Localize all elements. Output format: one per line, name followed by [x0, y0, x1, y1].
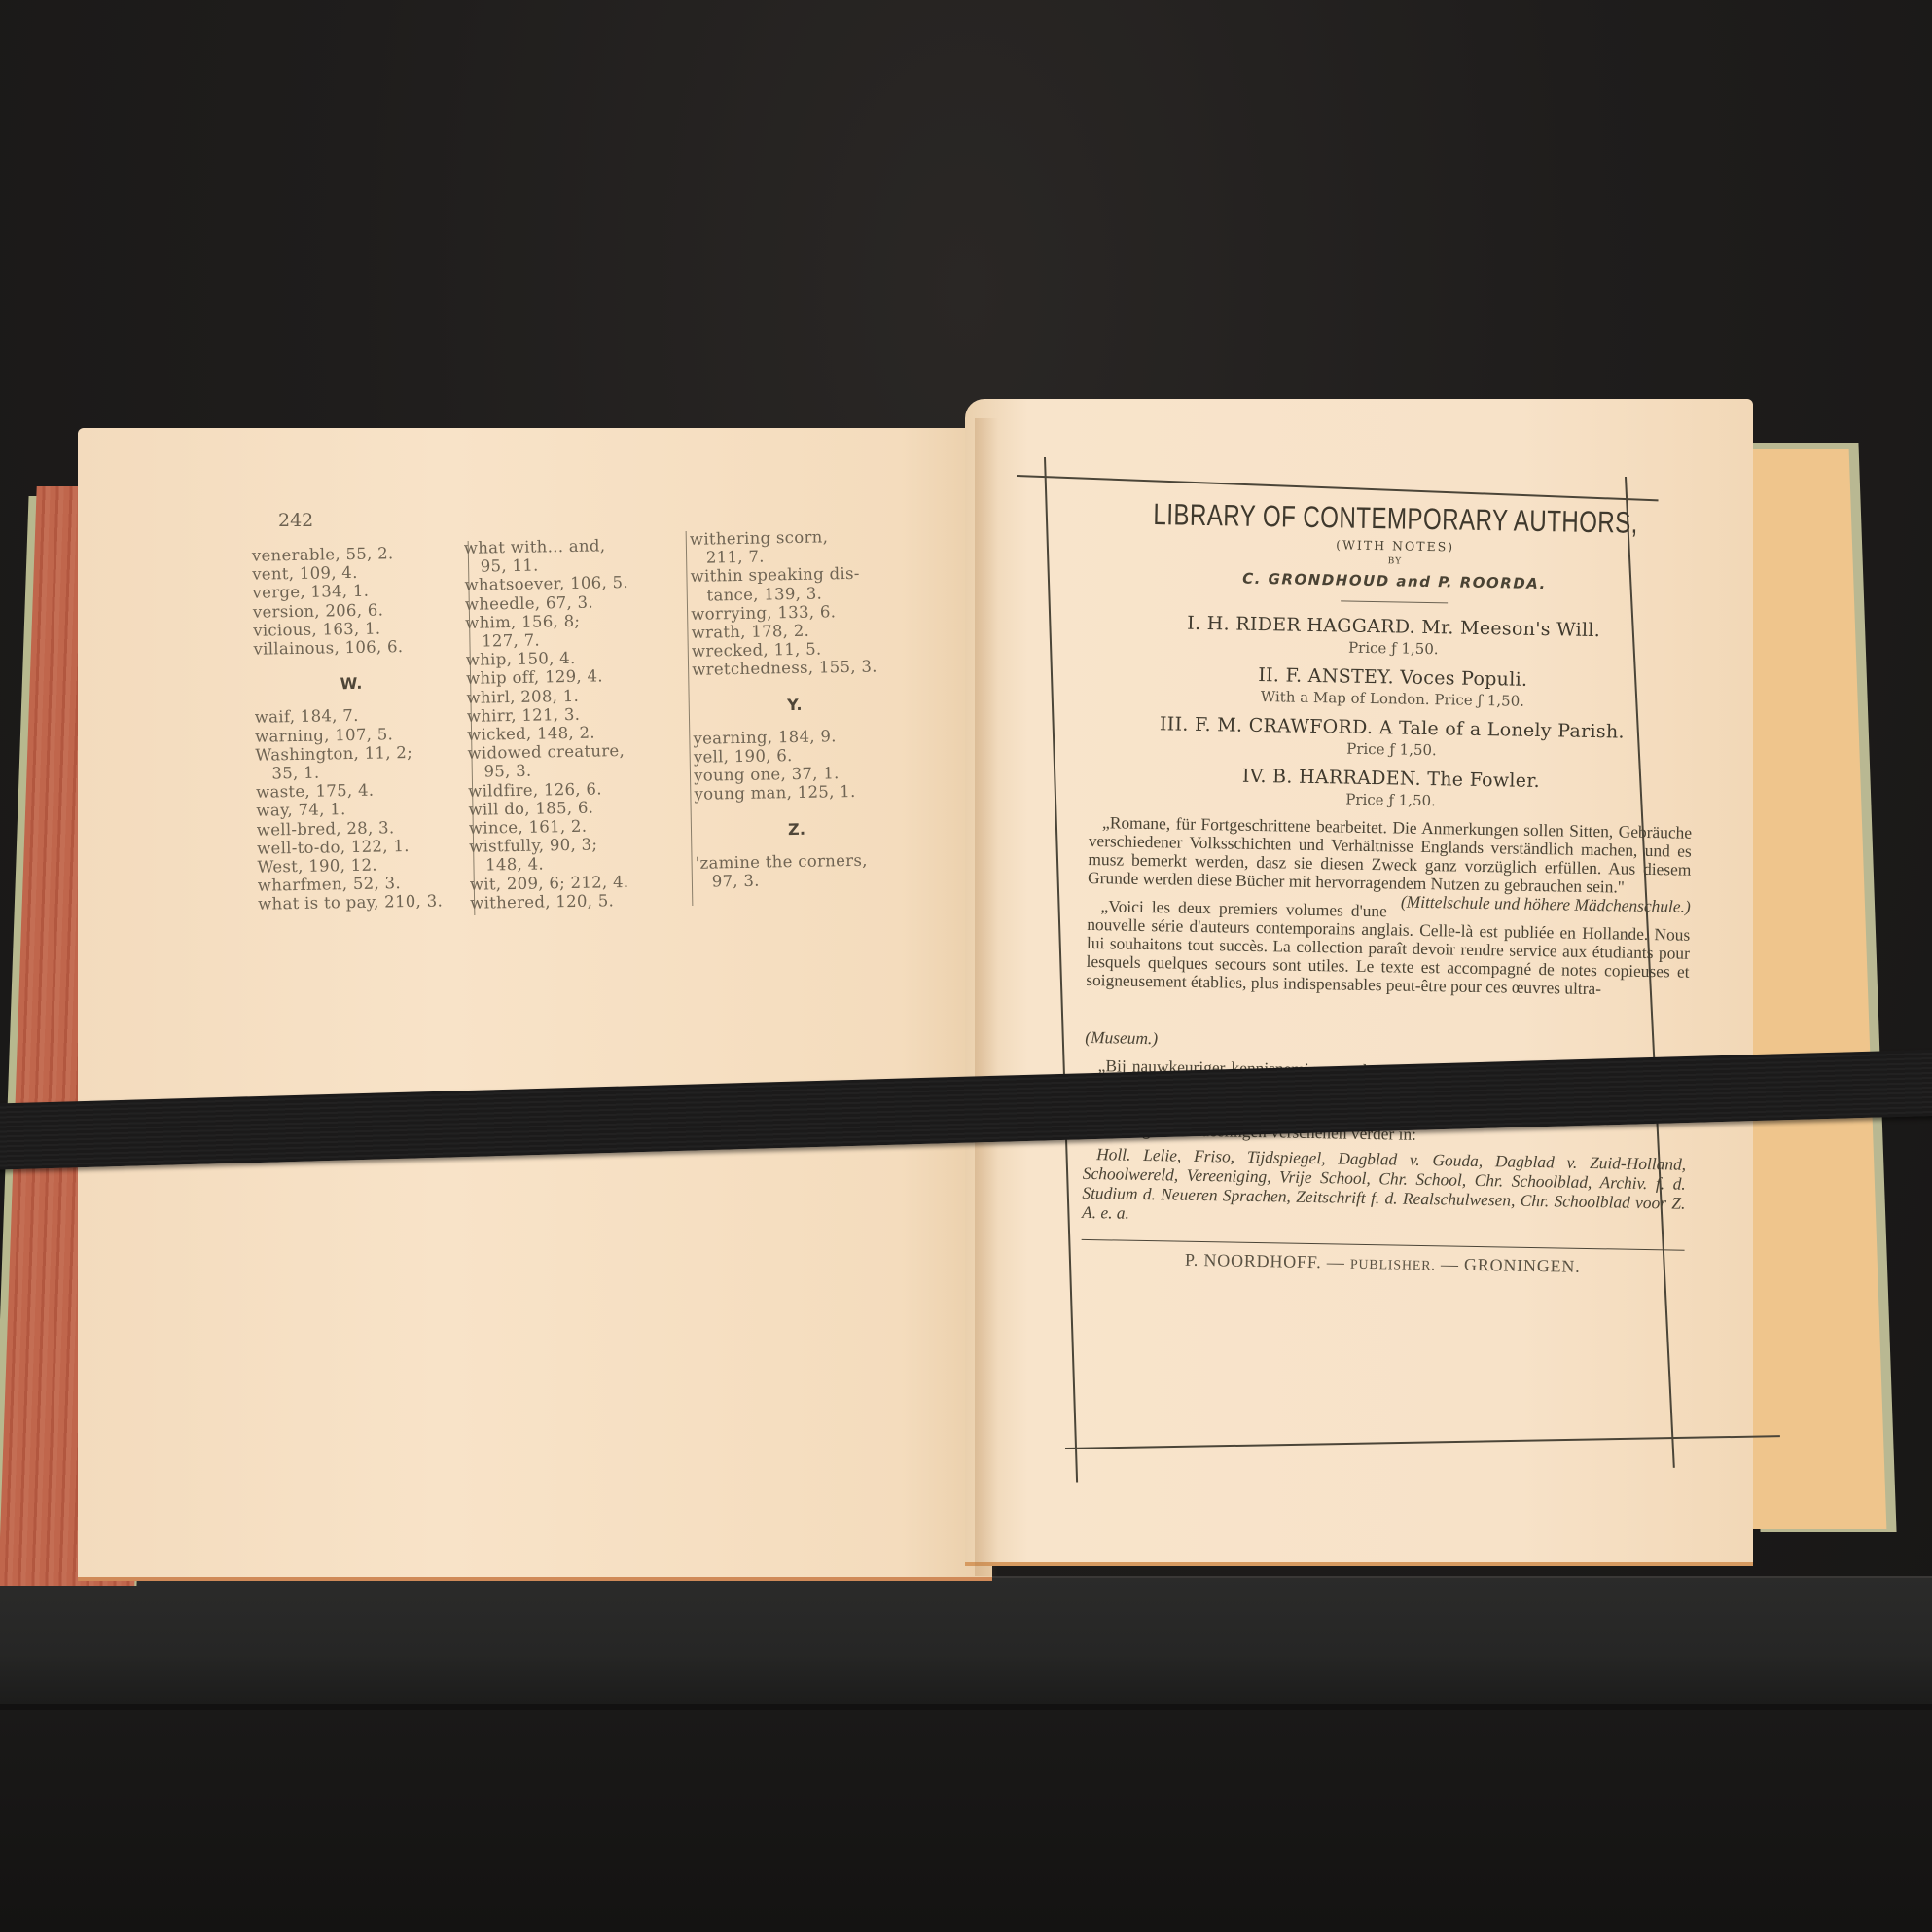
table-surface [0, 1710, 1932, 1932]
review-text: „Romane, für Fortgeschrittene bearbeitet… [1088, 812, 1692, 896]
volume-entry: II. F. ANSTEY. Voces Populi. With a Map … [1091, 662, 1695, 713]
page-number: 242 [278, 510, 313, 531]
separator: — [1321, 1252, 1350, 1272]
book-gutter-shadow [975, 418, 998, 1576]
publisher-city: GRONINGEN. [1464, 1255, 1581, 1276]
section-heading-z: Z. [695, 818, 899, 841]
volume-entry: I. H. RIDER HAGGARD. Mr. Meeson's Will. … [1091, 611, 1696, 662]
title-divider [1341, 600, 1448, 603]
book-back-cover-board [0, 1576, 1932, 1704]
index-entry: withered, 120, 5. [470, 890, 674, 912]
review-german: „Romane, für Fortgeschrittene bearbeitet… [1088, 813, 1692, 898]
separator: — [1435, 1254, 1464, 1274]
section-heading-w: W. [254, 672, 448, 695]
journal-list: Holl. Lelie, Friso, Tijdspiegel, Dagblad… [1082, 1144, 1686, 1233]
index-entry: young man, 125, 1. [694, 782, 898, 805]
section-heading-y: Y. [693, 694, 897, 716]
index-column-3: withering scorn, 211, 7. within speaking… [690, 526, 900, 891]
review-source: (Museum.) [1085, 1028, 1688, 1057]
publisher-role: PUBLISHER. [1350, 1258, 1436, 1274]
index-column-1: venerable, 55, 2. vent, 109, 4. verge, 1… [252, 543, 453, 913]
publisher-name: P. NOORDHOFF. [1185, 1250, 1322, 1271]
index-entry: what is to pay, 210, 3. [258, 892, 452, 914]
volume-entry: III. F. M. CRAWFORD. A Tale of a Lonely … [1090, 712, 1694, 764]
volume-entry: IV. B. HARRADEN. The Fowler. Price ƒ 1,5… [1089, 763, 1693, 814]
index-entry: wretchedness, 155, 3. [692, 658, 896, 680]
advertisement-block: LIBRARY OF CONTEMPORARY AUTHORS, (WITH N… [1081, 496, 1698, 1279]
editors: C. GRONDHOUD and P. ROORDA. [1092, 567, 1696, 595]
index-entry: villainous, 106, 6. [253, 636, 447, 659]
review-french: „Voici les deux premiers volumes d'une n… [1085, 897, 1691, 1057]
index-column-2: what with... and, 95, 11. whatsoever, 10… [464, 535, 675, 912]
index-entry: 97, 3. [696, 869, 900, 891]
